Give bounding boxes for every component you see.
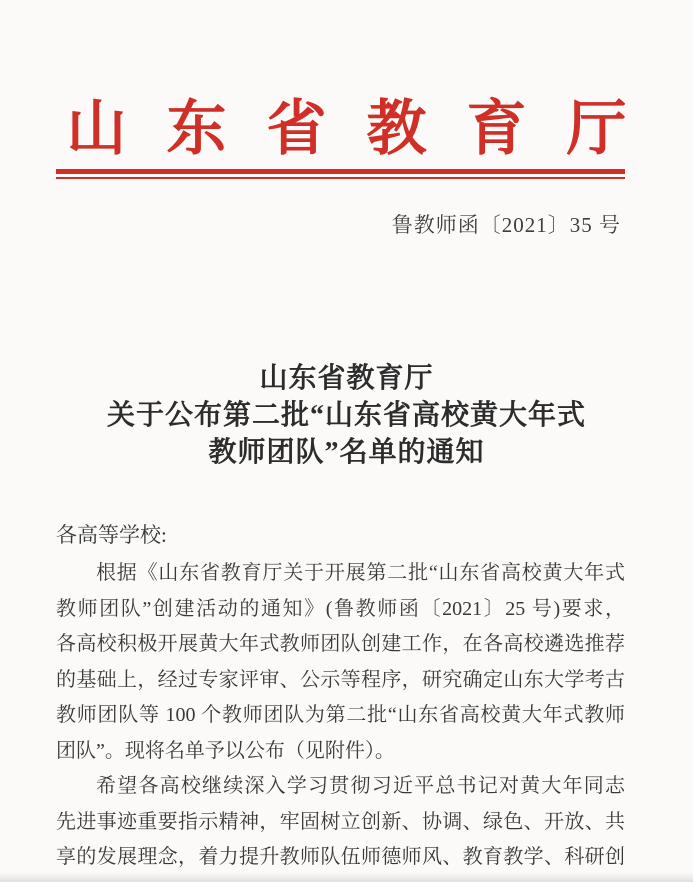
body-line: 先进事迹重要指示精神，牢固树立创新、协调、绿色、开放、共 — [56, 805, 625, 841]
letterhead-rule — [56, 169, 625, 179]
notice-title-line-1: 山东省教育厅 — [0, 360, 693, 397]
letterhead-rule-thin — [56, 177, 625, 179]
body-line: 教师团队”创建活动的通知》(鲁教师函〔2021〕25 号)要求， — [56, 592, 625, 628]
official-document-page: 山东省教育厅 鲁教师函〔2021〕35 号 山东省教育厅 关于公布第二批“山东省… — [0, 0, 693, 882]
paragraph-1: 根据《山东省教育厅关于开展第二批“山东省高校黄大年式 教师团队”创建活动的通知》… — [56, 556, 625, 769]
paragraph-2: 希望各高校继续深入学习贯彻习近平总书记对黄大年同志 先进事迹重要指示精神，牢固树… — [56, 769, 625, 876]
body-line: 团队”。现将名单予以公布（见附件）。 — [56, 734, 625, 770]
body-line: 根据《山东省教育厅关于开展第二批“山东省高校黄大年式 — [56, 556, 625, 592]
body-line: 各高校积极开展黄大年式教师团队创建工作，在各高校遴选推荐 — [56, 627, 625, 663]
body-line: 教师团队等 100 个教师团队为第二批“山东省高校黄大年式教师 — [56, 698, 625, 734]
body-line: 的基础上，经过专家评审、公示等程序，研究确定山东大学考古 — [56, 663, 625, 699]
body-line: 享的发展理念，着力提升教师队伍师德师风、教育教学、科研创 — [56, 840, 625, 876]
notice-title-line-3: 教师团队”名单的通知 — [0, 434, 693, 471]
salutation: 各高等学校: — [56, 522, 693, 548]
letterhead-org-name: 山东省教育厅 — [0, 98, 693, 160]
letterhead-rule-thick — [56, 169, 625, 174]
document-number: 鲁教师函〔2021〕35 号 — [0, 209, 621, 239]
notice-title: 山东省教育厅 关于公布第二批“山东省高校黄大年式 教师团队”名单的通知 — [0, 360, 693, 471]
document-body: 根据《山东省教育厅关于开展第二批“山东省高校黄大年式 教师团队”创建活动的通知》… — [56, 556, 625, 876]
notice-title-line-2: 关于公布第二批“山东省高校黄大年式 — [0, 397, 693, 434]
body-line: 希望各高校继续深入学习贯彻习近平总书记对黄大年同志 — [56, 769, 625, 805]
